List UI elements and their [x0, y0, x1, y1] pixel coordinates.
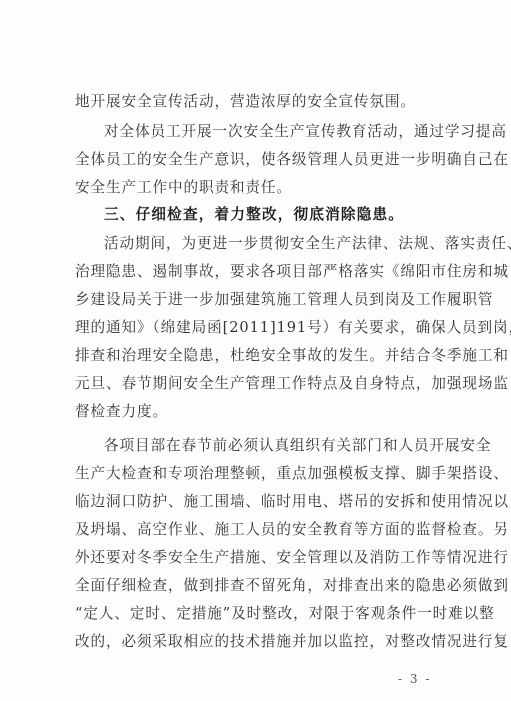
paragraph-line: 乡建设局关于进一步加强建筑施工管理人员到岗及工作履职管 [75, 290, 445, 310]
paragraph-line: 排查和治理安全隐患，杜绝安全事故的发生。并结合冬季施工和 [75, 346, 445, 366]
paragraph-line: 改的，必须采取相应的技术措施并加以监控，对整改情况进行复 [75, 632, 445, 652]
paragraph-line: 理的通知》（绵建局函[2011]191号）有关要求，确保人员到岗， [75, 318, 445, 338]
paragraph-line: 对全体员工开展一次安全生产宣传教育活动，通过学习提高 [104, 122, 474, 142]
paragraph-line: 外还要对冬季安全生产措施、安全管理以及消防工作等情况进行 [75, 548, 445, 568]
paragraph-line: 临边洞口防护、施工围墙、临时用电、塔吊的安拆和使用情况以 [75, 492, 445, 512]
paragraph-line: 元旦、春节期间安全生产管理工作特点及自身特点，加强现场监 [75, 374, 445, 394]
paragraph-line: “定人、定时、定措施”及时整改，对限于客观条件一时难以整 [75, 604, 445, 624]
paragraph-line: 及坍塌、高空作业、施工人员的安全教育等方面的监督检查。另 [75, 520, 445, 540]
paragraph-line: 各项目部在春节前必须认真组织有关部门和人员开展安全 [104, 436, 474, 456]
section-heading: 三、仔细检查，着力整改，彻底消除隐患。 [104, 205, 474, 225]
paragraph-line: 督检查力度。 [75, 402, 445, 422]
paragraph-line: 生产大检查和专项治理整顿，重点加强模板支撑、脚手架搭设、 [75, 464, 445, 484]
page-number: - 3 - [398, 672, 431, 686]
document-page: 地开展安全宣传活动，营造浓厚的安全宣传氛围。 对全体员工开展一次安全生产宣传教育… [0, 0, 511, 701]
paragraph-line: 活动期间，为更进一步贯彻安全生产法律、法规、落实责任、 [104, 234, 474, 254]
paragraph-line: 全面仔细检查，做到排查不留死角，对排查出来的隐患必须做到 [75, 576, 445, 596]
paragraph-line: 地开展安全宣传活动，营造浓厚的安全宣传氛围。 [75, 92, 445, 112]
paragraph-line: 安全生产工作中的职责和责任。 [75, 178, 445, 198]
paragraph-line: 全体员工的安全生产意识，使各级管理人员更进一步明确自己在 [75, 150, 445, 170]
paragraph-line: 治理隐患、遏制事故，要求各项目部严格落实《绵阳市住房和城 [75, 262, 445, 282]
